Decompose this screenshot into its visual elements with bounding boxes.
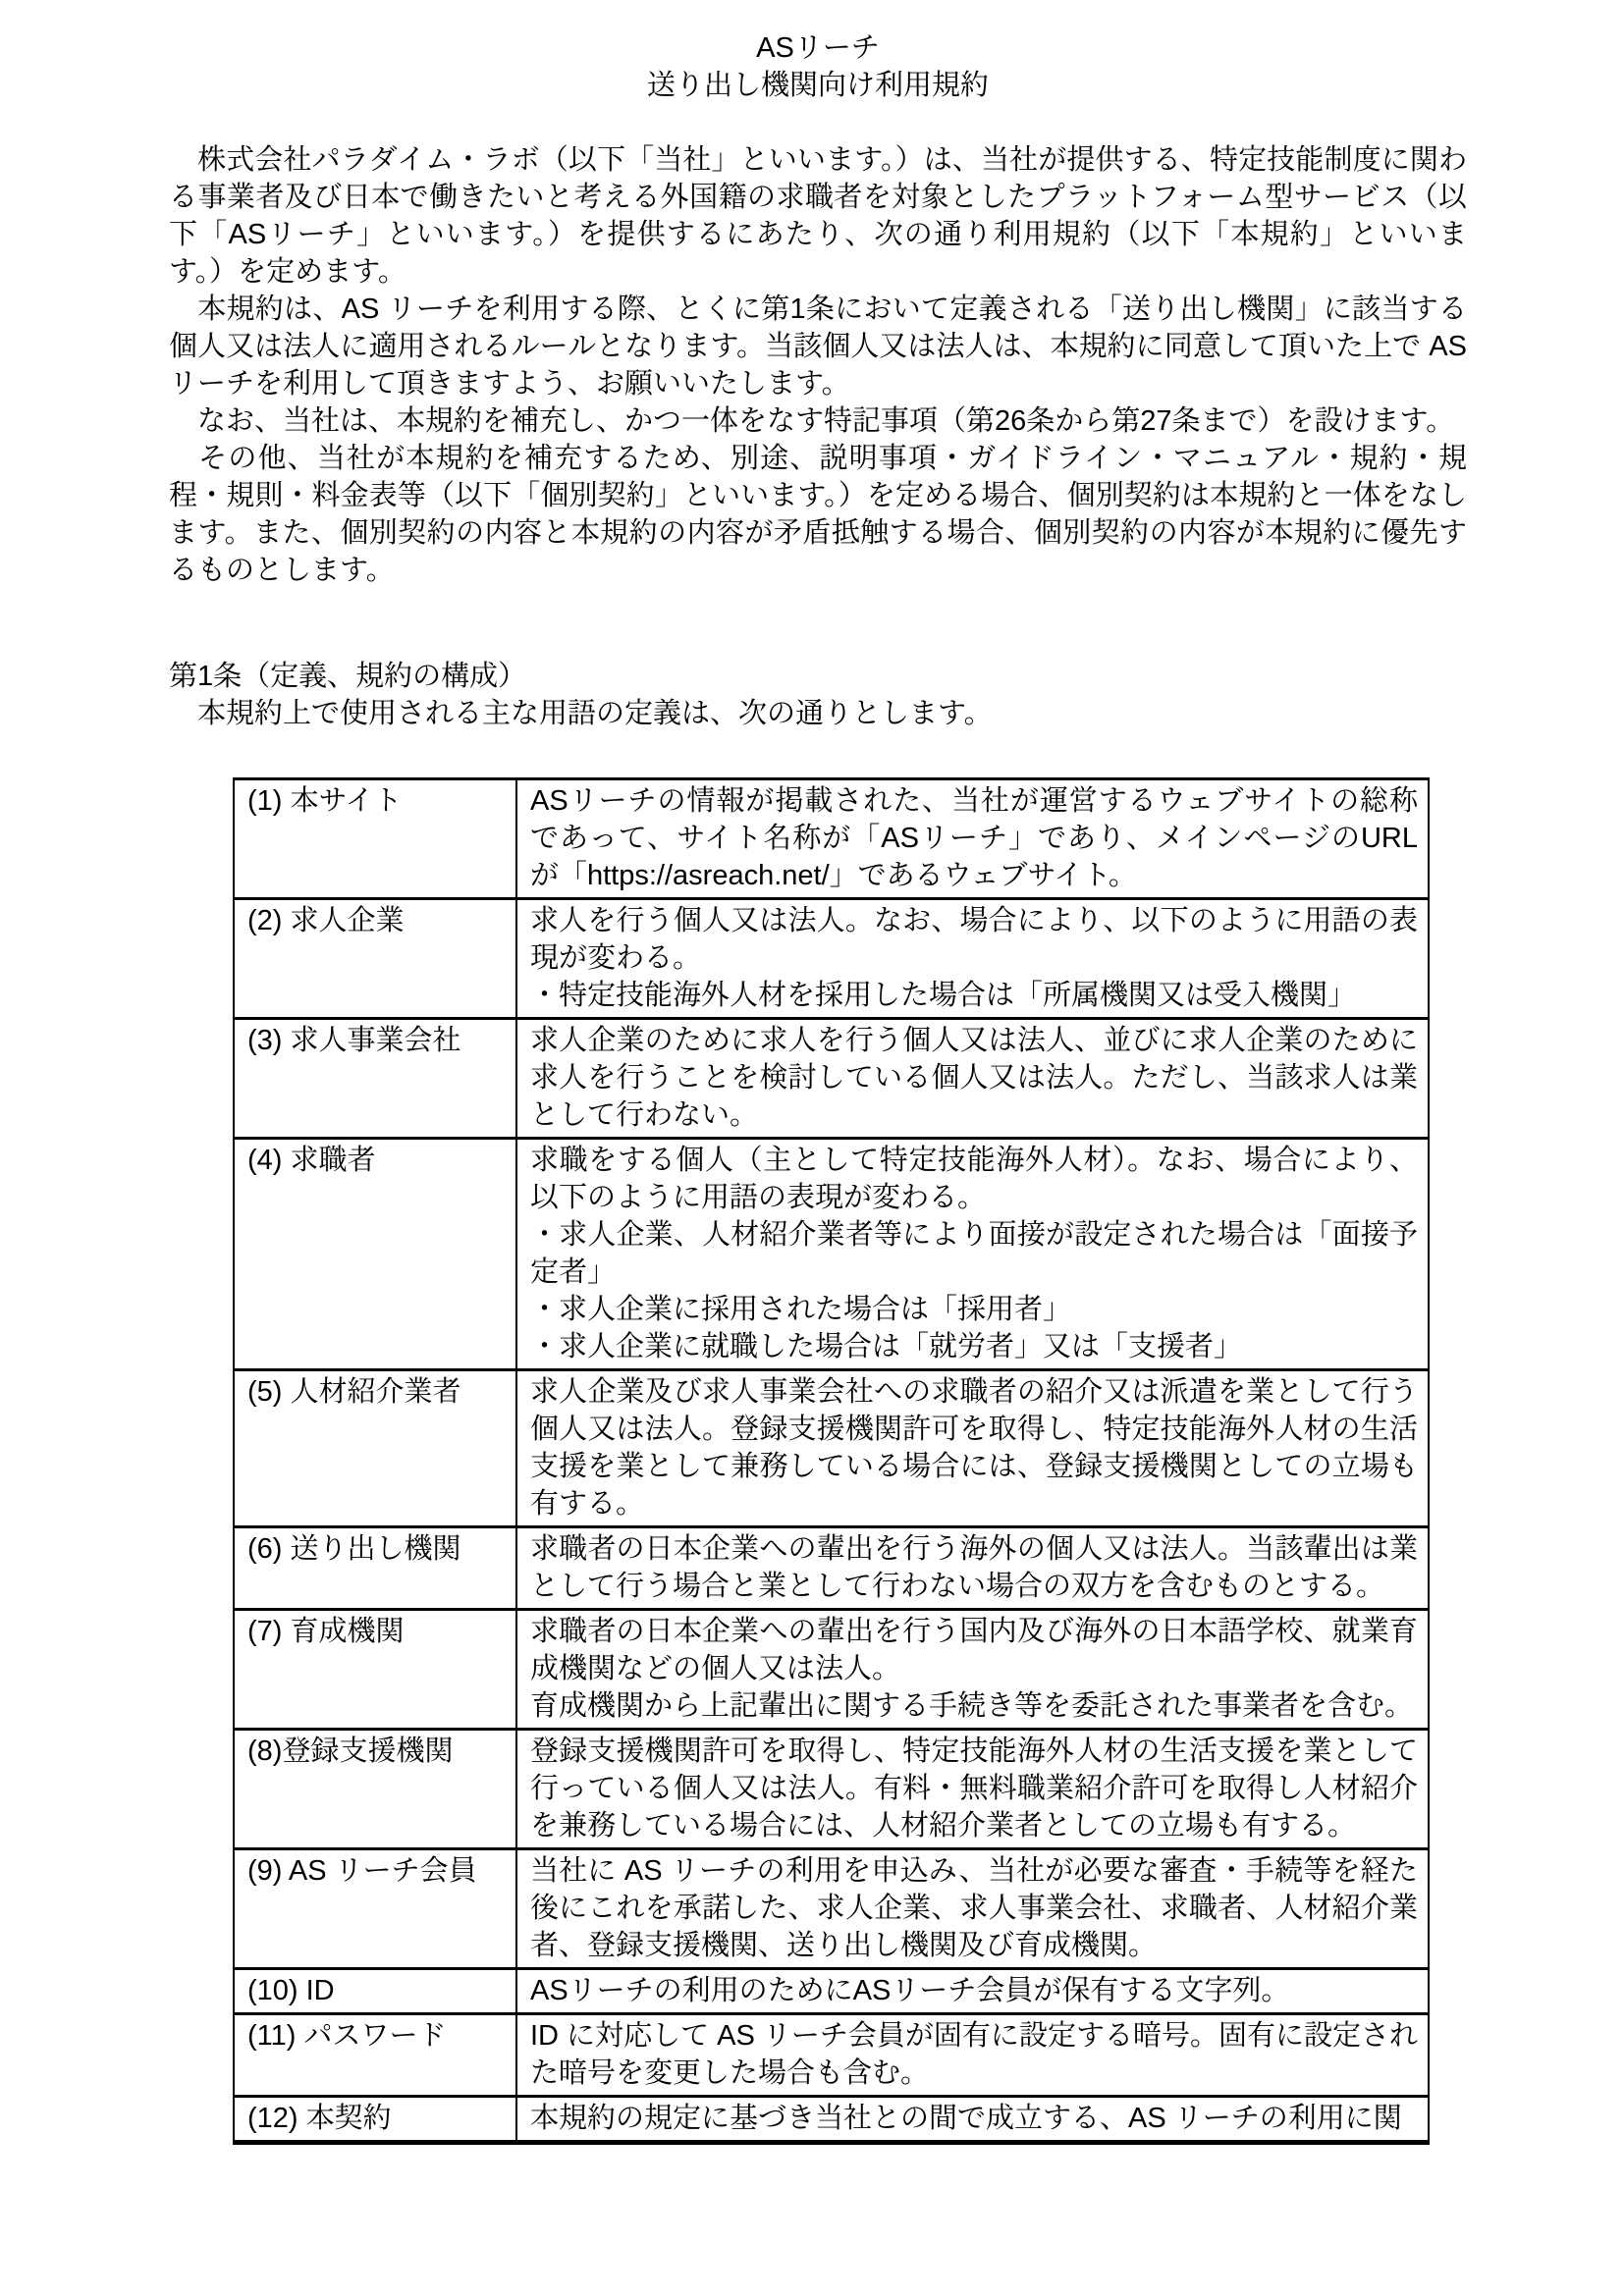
term-cell: (3) 求人事業会社 [234,1019,516,1139]
definition-row-10: (10) ID ASリーチの利用のためにASリーチ会員が保有する文字列。 [234,1969,1429,2014]
intro-paragraph-3: なお、当社は、本規約を補充し、かつ一体をなす特記事項（第26条から第27条まで）… [169,402,1467,440]
doc-subtitle: 送り出し機関向け利用規約 [169,67,1467,104]
definition-cell: 登録支援機関許可を取得し、特定技能海外人材の生活支援を業として行っている個人又は… [516,1730,1429,1849]
definition-cell: 求職者の日本企業への輩出を行う海外の個人又は法人。当該輩出は業として行う場合と業… [516,1527,1429,1610]
definition-cell: 求職をする個人（主として特定技能海外人材）。なお、場合により、以下のように用語の… [516,1139,1429,1370]
definition-cell: ASリーチの情報が掲載された、当社が運営するウェブサイトの総称であって、サイト名… [516,779,1429,899]
intro-paragraph-1: 株式会社パラダイム・ラボ（以下「当社」といいます。）は、当社が提供する、特定技能… [169,141,1467,291]
definition-row-7: (7) 育成機関 求職者の日本企業への輩出を行う国内及び海外の日本語学校、就業育… [234,1610,1429,1730]
doc-title: ASリーチ [169,29,1467,67]
article-1-lead: 本規約上で使用される主な用語の定義は、次の通りとします。 [169,695,1467,732]
intro-section: 株式会社パラダイム・ラボ（以下「当社」といいます。）は、当社が提供する、特定技能… [169,141,1467,589]
term-cell: (7) 育成機関 [234,1610,516,1730]
definition-cell: ID に対応して AS リーチ会員が固有に設定する暗号。固有に設定された暗号を変… [516,2014,1429,2097]
definition-row-4: (4) 求職者 求職をする個人（主として特定技能海外人材）。なお、場合により、以… [234,1139,1429,1370]
term-cell: (6) 送り出し機関 [234,1527,516,1610]
title-block: ASリーチ 送り出し機関向け利用規約 [169,29,1467,104]
definition-cell: 求職者の日本企業への輩出を行う国内及び海外の日本語学校、就業育成機関などの個人又… [516,1610,1429,1730]
definition-row-3: (3) 求人事業会社 求人企業のために求人を行う個人又は法人、並びに求人企業のた… [234,1019,1429,1139]
definition-cell: 本規約の規定に基づき当社との間で成立する、AS リーチの利用に関 [516,2097,1429,2143]
intro-paragraph-2: 本規約は、AS リーチを利用する際、とくに第1条において定義される「送り出し機関… [169,291,1467,402]
definition-row-12: (12) 本契約 本規約の規定に基づき当社との間で成立する、AS リーチの利用に… [234,2097,1429,2143]
definition-row-5: (5) 人材紹介業者 求人企業及び求人事業会社への求職者の紹介又は派遣を業として… [234,1370,1429,1527]
term-cell: (10) ID [234,1969,516,2014]
term-cell: (2) 求人企業 [234,899,516,1019]
definition-cell: ASリーチの利用のためにASリーチ会員が保有する文字列。 [516,1969,1429,2014]
document-page: ASリーチ 送り出し機関向け利用規約 株式会社パラダイム・ラボ（以下「当社」とい… [0,0,1624,2296]
definition-row-6: (6) 送り出し機関 求職者の日本企業への輩出を行う海外の個人又は法人。当該輩出… [234,1527,1429,1610]
definition-row-11: (11) パスワード ID に対応して AS リーチ会員が固有に設定する暗号。固… [234,2014,1429,2097]
definition-cell: 当社に AS リーチの利用を申込み、当社が必要な審査・手続等を経た後にこれを承諾… [516,1849,1429,1969]
term-cell: (12) 本契約 [234,2097,516,2143]
definition-cell: 求人を行う個人又は法人。なお、場合により、以下のように用語の表現が変わる。 ・特… [516,899,1429,1019]
definition-row-9: (9) AS リーチ会員 当社に AS リーチの利用を申込み、当社が必要な審査・… [234,1849,1429,1969]
term-cell: (1) 本サイト [234,779,516,899]
term-cell: (9) AS リーチ会員 [234,1849,516,1969]
definitions-table: (1) 本サイト ASリーチの情報が掲載された、当社が運営するウェブサイトの総称… [233,777,1430,2145]
definition-row-2: (2) 求人企業 求人を行う個人又は法人。なお、場合により、以下のように用語の表… [234,899,1429,1019]
intro-paragraph-4: その他、当社が本規約を補充するため、別途、説明事項・ガイドライン・マニュアル・規… [169,440,1467,589]
article-1-heading: 第1条（定義、規約の構成） [169,658,1467,695]
term-cell: (4) 求職者 [234,1139,516,1370]
definitions-table-body: (1) 本サイト ASリーチの情報が掲載された、当社が運営するウェブサイトの総称… [234,779,1429,2143]
definition-cell: 求人企業のために求人を行う個人又は法人、並びに求人企業のために求人を行うことを検… [516,1019,1429,1139]
term-cell: (8)登録支援機関 [234,1730,516,1849]
definition-row-1: (1) 本サイト ASリーチの情報が掲載された、当社が運営するウェブサイトの総称… [234,779,1429,899]
definition-cell: 求人企業及び求人事業会社への求職者の紹介又は派遣を業として行う個人又は法人。登録… [516,1370,1429,1527]
term-cell: (5) 人材紹介業者 [234,1370,516,1527]
term-cell: (11) パスワード [234,2014,516,2097]
definition-row-8: (8)登録支援機関 登録支援機関許可を取得し、特定技能海外人材の生活支援を業とし… [234,1730,1429,1849]
